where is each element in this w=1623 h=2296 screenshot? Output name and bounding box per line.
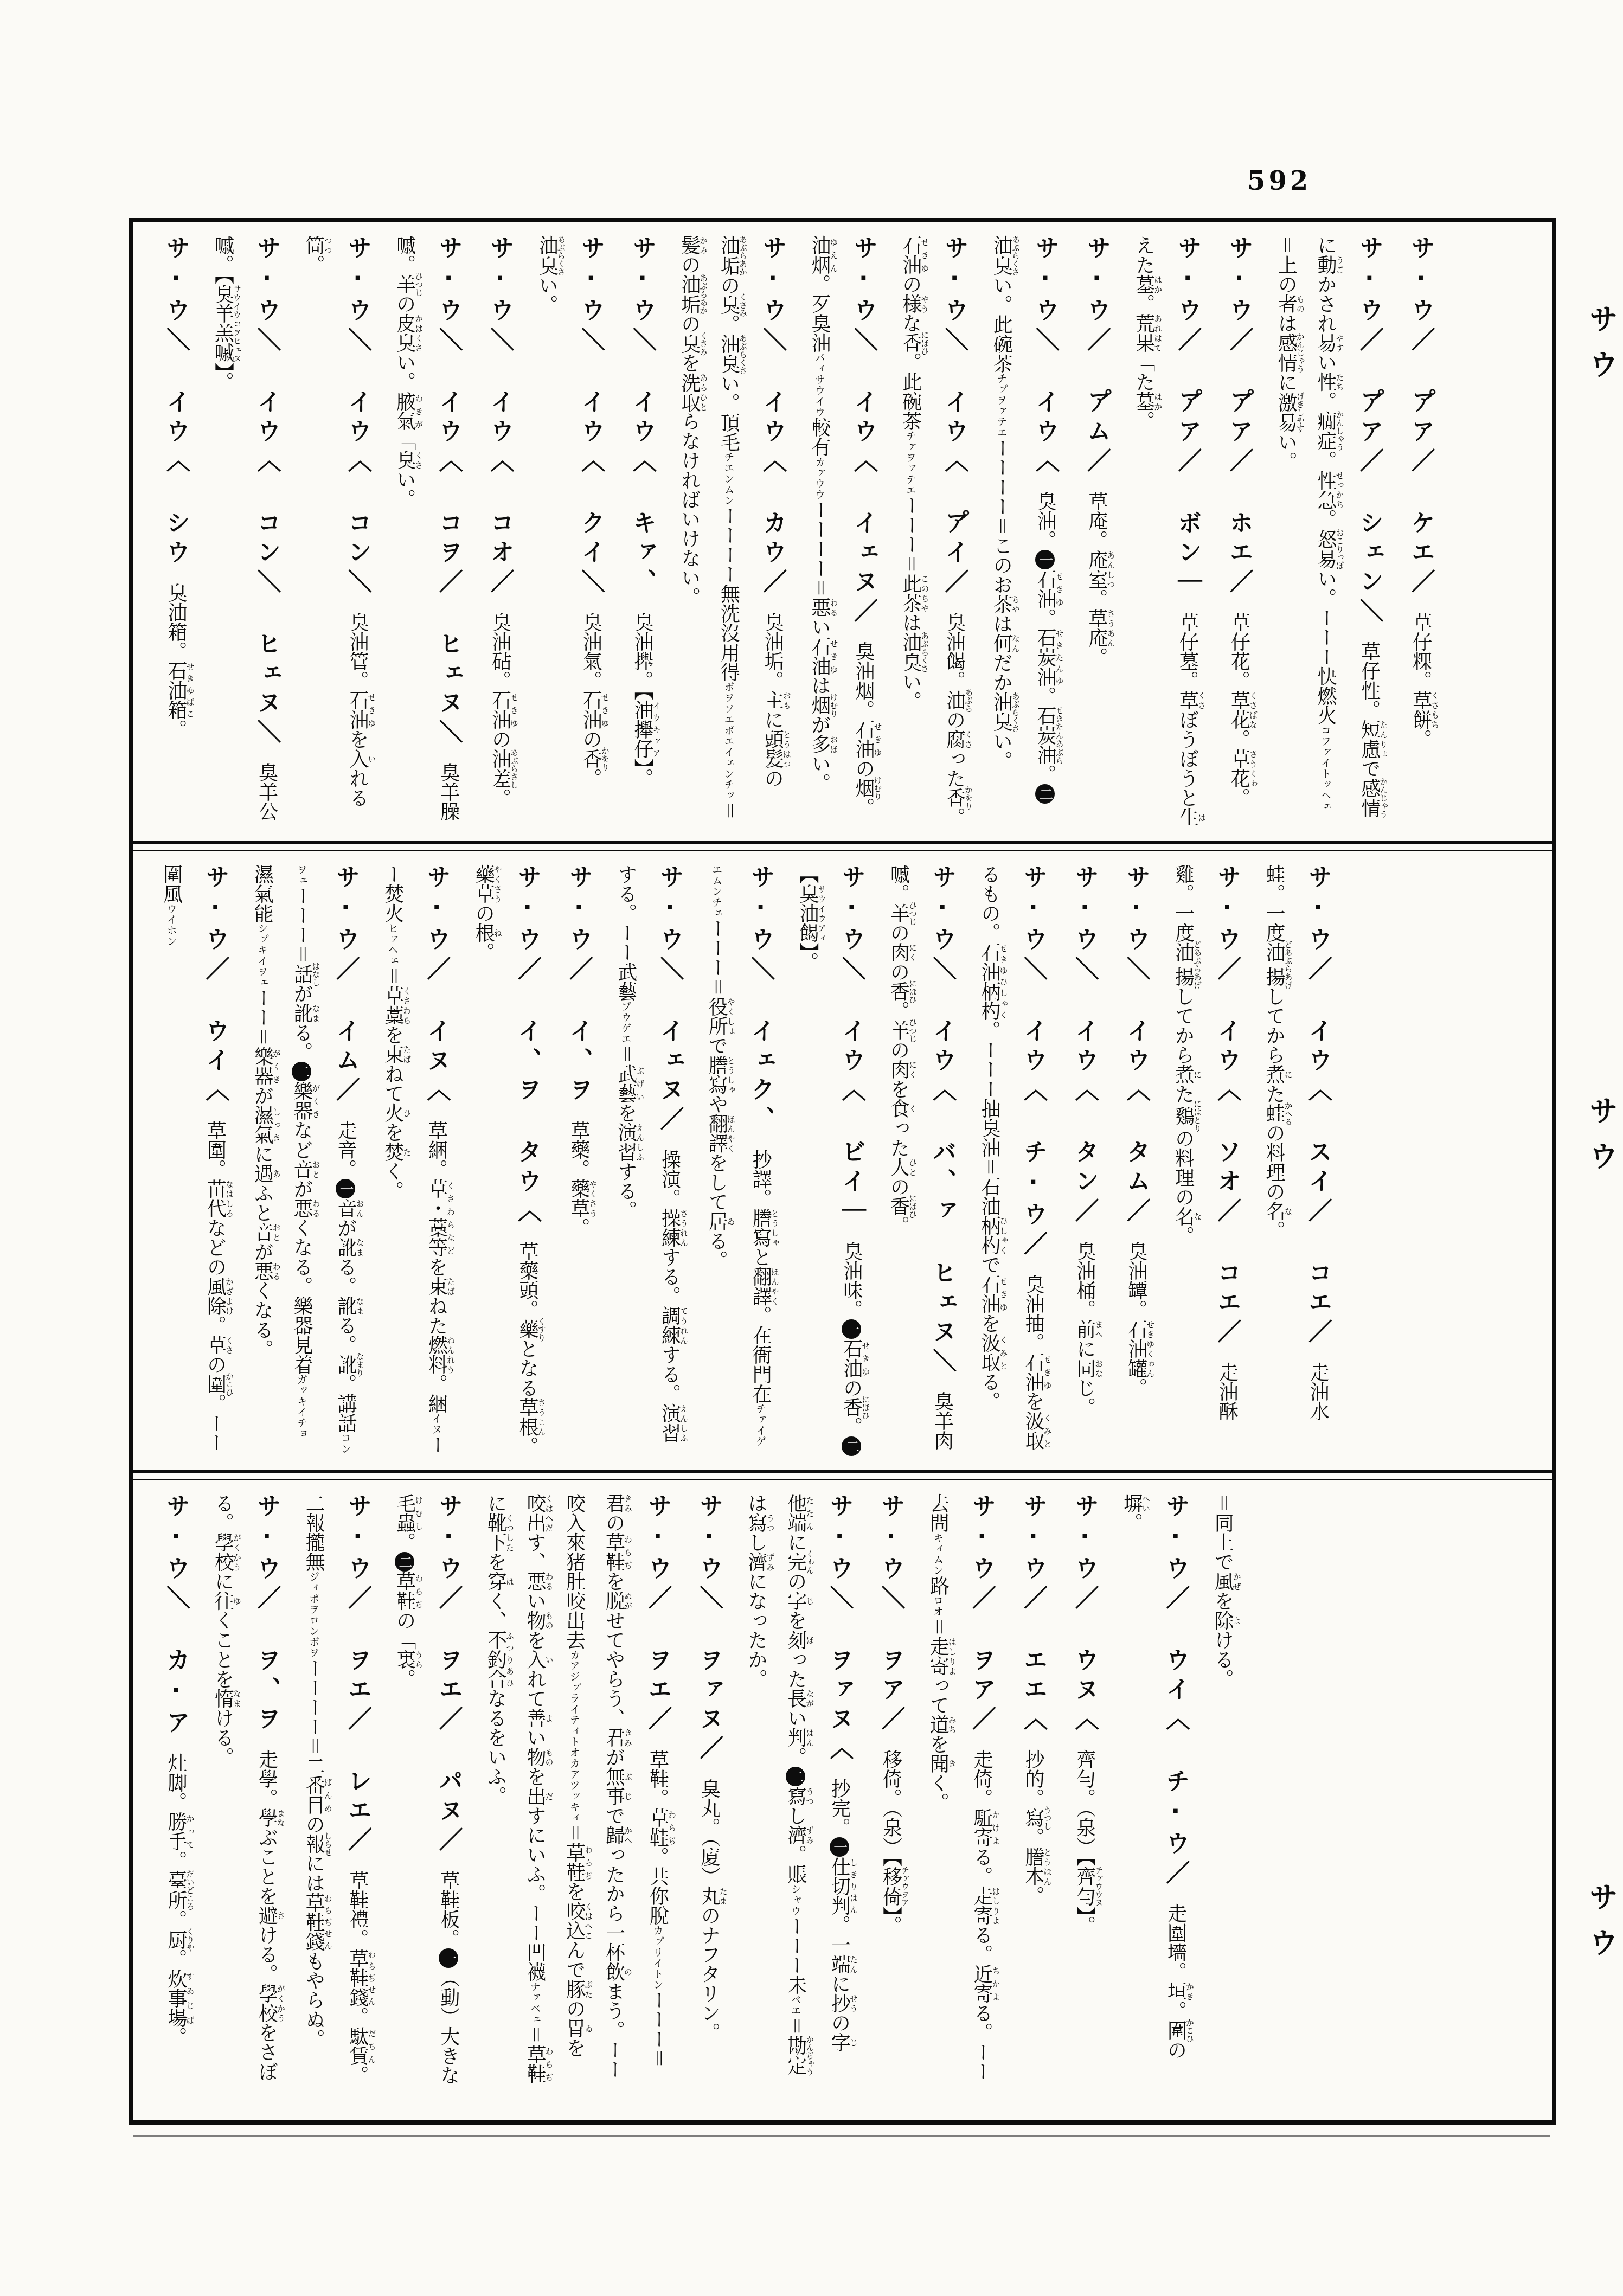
dictionary-entry: サ·ウ＼ イウ〈 シウ臭油箱。石油箱せきゆばこ。 [151,235,200,828]
dictionary-band-bottom: ＝同上で風かぜを除よける。サ·ウ／ ウイ〈 チ·ウ／走圍墻。垣かき。圍かこひの塀… [133,1480,1552,2099]
dictionary-entry: サ·ウ／ ウヌ〈齊勻。（泉）【齊勻チァウウヌ】。 [1060,1493,1108,2086]
entry-headword: サ·ウ＼ イウ〈 コヲ／ ヒェヌ＼ [435,235,463,748]
dictionary-entry: サ·ウ＼ イウ〈 タム／臭油罈。石油罐せきゆくゎん。 [1112,864,1160,1457]
margin-tab-sau-1: サウ [1574,304,1616,395]
entry-headword: サ·ウ／ ヲア／ [968,1493,996,1735]
entry-headword: サ·ウ＼ イウ〈 コン＼ ヒェヌ＼ [253,235,280,748]
dictionary-entry: サ·ウ＼ ヲァヌ〈抄完。一仕切判しきりはん。一端たんに抄せうの字じ他端たたんに完… [736,1493,863,2086]
entry-headword: サ·ウ＼ イウ〈 タム／ [1122,864,1150,1227]
entry-definition: 移倚。（泉）【移倚チァウヲア】。 [880,1749,902,1936]
margin-tab-char: サ [1584,304,1619,349]
entry-headword: サ·ウ／ イウ〈 ソオ／ コエ／ [1213,864,1241,1348]
entry-headword: サ·ウ＼ イウ〈 チ·ウ／ [1019,864,1047,1260]
dictionary-entry: サ·ウ＼ イウ〈 チ·ウ／臭油抽。石油せきゆを汲取くみとるもの。石油柄杓せきゆひ… [969,864,1057,1457]
dictionary-entry: サ·ウ＼ イェク、抄譯。謄寫とうしゃと翻譯ほんやく。在衙門在チァイゲエムンチェー… [697,864,785,1457]
dictionary-entry: サ·ウ＼ イウ〈 ア゚イ／臭油餲。油あぶらの腐くさった香かをり。石油せきゆの様や… [890,235,978,828]
dictionary-band-middle: サ·ウ／ イウ〈 スイ／ コエ／走油水蛙。一度油揚どあぶらあげしてから煮にた蛙か… [133,851,1552,1470]
margin-tab-char: サ [1584,1095,1619,1141]
margin-tab-sau-3: サウ [1574,1882,1616,1973]
entry-headword: サ·ウ＼ イウ〈 シウ [162,235,190,569]
dictionary-entry: サ·ウ＼ イウ〈 ビイ｜臭油味。一石油せきゆの香にほひ。二【臭油餲サウイウアィ】… [787,864,875,1457]
dictionary-entry: ＝同上で風かぜを除よける。 [1202,1493,1242,2086]
dictionary-entry: サ·ウ／ イム／走音。一音おんが訛なまる。訛なまる。訛なまり。講話コンヲェーーー… [242,864,369,1457]
dictionary-entry: サ·ウ＼ ヲア／移倚。（泉）【移倚チァウヲア】。 [867,1493,915,2086]
dictionary-entry: サ·ウ／ ウイ〈草圍。苗代なはしろなどの風除かざよけ。草くさの圍かこひ。ーー圍風… [151,864,239,1457]
entry-definition: 草庵。庵室あんしつ。草庵さうあん。 [1086,491,1108,667]
romanization-note: シャウ [790,1884,801,1916]
entry-definition: 草仔粿。草餅くさもち。 [1410,612,1432,749]
dictionary-entry: サ·ウ＼ イウ〈 イェヌ／臭油烟。石油せきゆの烟けむり。油烟ゆえん。歹臭油パィサ… [799,235,887,828]
margin-tab-sau-2: サウ [1574,1095,1616,1187]
entry-headword: サ·ウ／ イ、ヲ [565,864,593,1106]
margin-tab-char: ウ [1584,1141,1619,1187]
romanization-note: ロオ [932,1595,944,1617]
entry-headword: サ·ウ／ ヲエ／ レエ／ [344,1493,371,1856]
dictionary-entry: サ·ウ＼ イウ〈 コン＼臭油管。石油せきゆを入いれる筒つつ。 [293,235,381,828]
romanization-note: パィサウイウ [813,352,825,418]
dictionary-entry: サ·ウ／ ア゚ア／ ホエ／草仔花。草花くさばな。草花さうくゎ。 [1215,235,1263,828]
dictionary-entry: サ·ウ／ イ、ヲ タウ〈草藥頭。藥くすりとなる草根さうこん。藥草やくさうの根ね。 [464,864,551,1457]
dictionary-entry: サ·ウ／ イウ〈 スイ／ コエ／走油水蛙。一度油揚どあぶらあげしてから煮にた蛙か… [1254,864,1342,1457]
dictionary-entry: サ·ウ／ ヲエ／ パヌ／草鞋板。一（動）大きな毛蟲けむし。二草鞋わらぢの「裏うら… [384,1493,472,2086]
entry-headword: サ·ウ／ ヲエ／ [644,1493,671,1735]
entry-definition: 草藥。藥草やくさう。 [568,1120,590,1237]
dictionary-entry: サ·ウ＼ イウ〈 タン／臭油桶。前まへに同おなじ。 [1060,864,1108,1457]
dictionary-entry: サ·ウ／ ア゚ム／草庵。庵室あんしつ。草庵さうあん。 [1072,235,1120,828]
entry-headword: サ·ウ＼ イウ〈 クイ＼ [577,235,605,598]
entry-headword: サ·ウ＼ イウ〈 キァ、 [628,235,656,598]
romanization-note: シㇷ゚キイヲェ [256,923,268,988]
page-number: 592 [1247,166,1311,196]
entry-headword: サ·ウ／ ウイ〈 [202,864,229,1106]
entry-headword: サ·ウ＼ イウ〈 コン＼ [344,235,371,598]
romanization-note: ジィポヲロンボヲ [307,1572,319,1658]
entry-headword: サ·ウ＼ カ·ア [162,1493,190,1739]
entry-headword: サ·ウ＼ イウ〈 コオ／ [486,235,514,598]
entry-headword: サ·ウ＼ イェヌ／ [656,864,684,1136]
margin-tab-char: ウ [1584,349,1619,395]
entry-headword: サ·ウ／ ヲ、ヲ [253,1493,280,1735]
entry-definition: 草仔花。草花くさばな。草花さうくゎ。 [1228,612,1250,807]
romanization-note: ヒァヘェ [387,923,399,966]
dictionary-entry: サ·ウ／ イ、ヲ草藥。藥草やくさう。 [554,864,602,1457]
entry-definition: 臭油攑。【油攑仔イウキァア】。 [631,612,653,788]
circled-two: 二 [292,1062,311,1081]
entry-definition: 灶脚。勝手かって。臺所だいどころ。厨くりや。炊事場すゐじば。 [165,1753,187,2047]
dictionary-entry: サ·ウ／ ア゚ア／ ケエ／草仔粿。草餅くさもち。 [1396,235,1445,828]
dictionary-entry: サ·ウ＼ ヲァヌ／臭丸。（廈）丸たまのナフタリン。 [684,1493,733,2086]
dictionary-entry: サ·ウ／ ア゚ア／ シェン＼草仔性。短慮たんりょで感情かんじゃうに動うごかされ易… [1266,235,1393,828]
circled-one: 一 [1035,550,1055,569]
entry-headword: サ·ウ／ ウヌ〈 [1071,1493,1099,1735]
entry-headword: サ·ウ／ ヲエ／ パヌ／ [435,1493,463,1856]
entry-headword: サ·ウ＼ イウ〈 タン／ [1071,864,1099,1227]
entry-definition: 臭丸。（廈）丸たまのナフタリン。 [698,1779,720,2042]
entry-definition: 臭油桶。前まへに同おなじ。 [1074,1241,1096,1417]
entry-headword: サ·ウ＼ イウ〈 イェヌ／ [850,235,877,627]
entry-headword: サ·ウ＼ イウ〈 カウ／ [759,235,786,598]
romanization-note: キィムン [932,1532,944,1576]
entry-headword: サ·ウ＼ ヲァヌ〈 [826,1493,854,1765]
band-separator [133,841,1552,851]
band-middle-columns: サ·ウ／ イウ〈 スイ／ コエ／走油水蛙。一度油揚どあぶらあげしてから煮にた蛙か… [148,864,1342,1457]
entry-definition: 臭油罈。石油罐せきゆくゎん。 [1125,1241,1147,1397]
entry-headword: サ·ウ＼ ヲア／ [877,1493,904,1735]
dictionary-entry: サ·ウ／ ヲエ／草鞋。草鞋わらぢ。共你脫カㇷ゚リイトンーーー＝君きみの草鞋わらぢ… [476,1493,682,2086]
dictionary-entry: サ·ウ＼ イウ〈 クイ＼臭油氣。石油せきゆの香かをり。油臭あぶらくさい。 [527,235,615,828]
entry-definition: 草鞋。草鞋わらぢ。共你脫カㇷ゚リイトンーーー＝君きみの草鞋わらぢを脱ぬがせてやら… [484,1493,669,2083]
circled-one: 一 [336,1179,355,1198]
romanization-note: チㇷ゚ヲァテエ [995,373,1007,438]
dictionary-entry: サ·ウ＼ イウ〈 バ、ァ ヒェヌ＼臭羊肉嘁。羊ひつじの肉にくの香にほひ。羊ひつじ… [878,864,966,1457]
dictionary-entry: サ·ウ／ ウイ〈 チ·ウ／走圍墻。垣かき。圍かこひの塀へい。 [1112,1493,1199,2086]
band-bottom-columns: ＝同上で風かぜを除よける。サ·ウ／ ウイ〈 チ·ウ／走圍墻。垣かき。圍かこひの塀… [148,1493,1242,2086]
dictionary-entry: サ·ウ／ ヲア／走倚。駈寄かけよる。走寄はしりよる。近寄ちかよる。ーー去問キィム… [918,1493,1005,2086]
entry-headword: サ·ウ／ イ、ヲ タウ〈 [514,864,541,1227]
entry-headword: サ·ウ／ イム／ [332,864,360,1106]
romanization-note: コファイトッヘェ [1319,725,1331,812]
romanization-note: ボヲソエボエイェンチッ [722,682,734,801]
dictionary-band-top: サ·ウ／ ア゚ア／ ケエ／草仔粿。草餅くさもち。サ·ウ／ ア゚ア／ シェン＼草仔… [133,222,1552,841]
entry-headword: サ·ウ／ ア゚ア／ ケエ／ [1407,235,1435,598]
romanization-note: ベエ [790,1994,801,2016]
page-bottom-rule [133,2135,1550,2137]
dictionary-entry: サ·ウ＼ カ·ア灶脚。勝手かって。臺所だいどころ。厨くりや。炊事場すゐじば。 [151,1493,200,2086]
romanization-note: チァヲァテエ [904,431,916,496]
circled-one: 一 [830,1837,849,1857]
circled-two: 二 [1035,784,1055,804]
entry-headword: サ·ウ／ ウイ〈 チ·ウ／ [1162,1493,1189,1889]
circled-two: 二 [842,1436,861,1456]
romanization-note: チエンムン [722,452,734,506]
dictionary-page-frame: サ·ウ／ ア゚ア／ ケエ／草仔粿。草餅くさもち。サ·ウ／ ア゚ア／ シェン＼草仔… [129,218,1556,2125]
romanization-note: カアジㇷ゚ライティトオカアツッキィ [568,1650,580,1823]
entry-headword: サ·ウ／ ア゚ア／ シェン＼ [1356,235,1383,627]
entry-headword: サ·ウ＼ ヲァヌ／ [695,1493,723,1765]
romanization-note: ブウゲエ [620,1001,632,1044]
dictionary-entry: サ·ウ＼ イェヌ／操演。操練さうれんする。調練てうれんする。演習えんしふする。ー… [606,864,694,1457]
romanization-note: ウイホン [165,903,177,947]
entry-definition: 齊勻。（泉）【齊勻チァウウヌ】。 [1074,1749,1096,1936]
entry-headword: サ·ウ／ イウ〈 スイ／ コエ／ [1304,864,1332,1348]
entry-headword: サ·ウ／ ア゚ム／ [1083,235,1111,477]
dictionary-entry: サ·ウ＼ イウ〈 コオ／臭油砧。石油せきゆの油差あぶらさし。 [476,235,524,828]
margin-tab-char: ウ [1584,1927,1619,1973]
dictionary-entry: サ·ウ／ イウ〈 ソオ／ コエ／走油酥雞。一度油揚どあぶらあげしてから煮にた鷄に… [1163,864,1251,1457]
entry-definition: ＝同上で風かぜを除よける。 [1211,1493,1234,1689]
romanization-note: ガッキイチョ [296,1374,307,1439]
circled-one: 一 [439,1948,458,1968]
romanization-note: カァウウ [813,457,825,500]
band-top-columns: サ·ウ／ ア゚ア／ ケエ／草仔粿。草餅くさもち。サ·ウ／ ア゚ア／ シェン＼草仔… [148,235,1445,828]
entry-headword: サ·ウ／ エエ〈 [1019,1493,1047,1735]
circled-two: 二 [395,1552,414,1572]
entry-headword: サ·ウ＼ イウ〈 [1031,235,1059,477]
entry-definition: 臭油箱。石油箱せきゆばこ。 [165,583,187,739]
entry-headword: サ·ウ／ ア゚ア／ ボン｜ [1174,235,1202,598]
romanization-note: カㇷ゚リイトン [651,1925,663,1990]
margin-tab-char: サ [1584,1882,1619,1927]
entry-headword: サ·ウ＼ イェク、 [747,864,774,1136]
dictionary-entry: サ·ウ＼ イウ〈 カウ／臭油垢。主おもに頭髪とうはつの油垢あぶらあかの臭くさみ。… [669,235,796,828]
dictionary-entry: サ·ウ／ イヌ〈草綑。草・藁等くさわらなどを束たばねた燃料ねんれう。綑イヌーー焚… [373,864,460,1457]
dictionary-entry: サ·ウ／ ヲ、ヲ走學。學まなぶことを避さける。學校がくかうをさぼる。學校がくかう… [203,1493,291,2086]
dictionary-entry: サ·ウ＼ イウ〈 コン＼ ヒェヌ＼臭羊公嘁。【臭羊羔嘁サウイウコヲヒェヌ】。 [203,235,291,828]
entry-definition: 抄的。寫うつし。謄本とうほん。 [1022,1749,1044,1906]
circled-two: 二 [786,1767,805,1786]
entry-headword: サ·ウ＼ イウ〈 ビイ｜ [838,864,865,1227]
dictionary-entry: サ·ウ＼ イウ〈 キァ、臭油攑。【油攑仔イウキァア】。 [618,235,666,828]
romanization-note: ナァベェ [529,1981,541,2025]
entry-headword: サ·ウ／ ア゚ア／ ホエ／ [1225,235,1253,598]
dictionary-entry: サ·ウ＼ イウ〈 コヲ／ ヒェヌ＼臭羊臊嘁。羊ひつじの皮臭かはくさい。腋氣わきが… [384,235,472,828]
entry-definition: 臭油砧。石油せきゆの油差あぶらさし。 [489,612,511,809]
romanization-note: イヌ [431,1413,442,1435]
entry-headword: サ·ウ＼ イウ〈 バ、ァ ヒェヌ＼ [928,864,956,1377]
entry-headword: サ·ウ／ イヌ〈 [423,864,451,1106]
dictionary-entry: サ·ウ／ エエ〈抄的。寫うつし。謄本とうほん。 [1009,1493,1057,2086]
band-separator [133,1470,1552,1480]
dictionary-entry: サ·ウ／ ヲエ／ レエ／草鞋禮。草鞋錢わらぢせん。駄賃だちん。二報攏無ジィポヲロ… [293,1493,381,2086]
dictionary-entry: サ·ウ＼ イウ〈臭油。一石油せきゆ。石炭油せきたんゆ。石炭油せきたんあぶら。二油… [982,235,1069,828]
circled-one: 一 [842,1319,861,1339]
dictionary-entry: サ·ウ／ ア゚ア／ ボン｜草仔墓。草くさぼうぼうと生はえた墓はか。荒果あれはて「… [1124,235,1211,828]
entry-headword: サ·ウ＼ イウ〈 ア゚イ／ [941,235,968,598]
